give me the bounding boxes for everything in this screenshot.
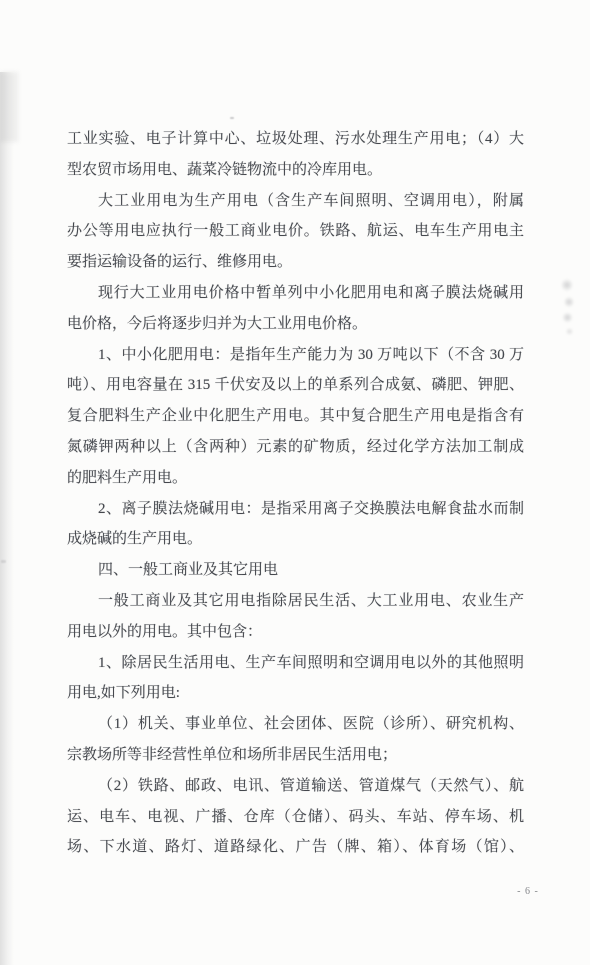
text-line: 用电,如下列用电:: [67, 678, 524, 709]
text-line: 现行大工业用电价格中暂单列中小化肥用电和离子膜法烧碱用: [67, 278, 524, 309]
text-line: 场、下水道、路灯、道路绿化、广告（牌、箱）、体育场（馆）、: [67, 832, 524, 863]
text-line: 宗教场所等非经营性单位和场所非居民生活用电；: [67, 740, 524, 771]
text-line: 要指运输设备的运行、维修用电。: [67, 247, 524, 278]
scanned-document-page: 工业实验、电子计算中心、垃圾处理、污水处理生产用电；（4）大型农贸市场用电、蔬菜…: [0, 0, 590, 965]
scan-edge-shadow-left: [0, 72, 14, 965]
scan-smudge: [562, 312, 573, 323]
scan-speck: [1, 560, 6, 563]
document-body: 工业实验、电子计算中心、垃圾处理、污水处理生产用电；（4）大型农贸市场用电、蔬菜…: [67, 124, 524, 863]
text-line: 大工业用电为生产用电（含生产车间照明、空调用电），附属: [67, 186, 524, 217]
text-line: （2）铁路、邮政、电讯、管道输送、管道煤气（天然气）、航: [67, 771, 524, 802]
text-line: 2、离子膜法烧碱用电：是指采用离子交换膜法电解食盐水而制: [67, 494, 524, 525]
text-line: （1）机关、事业单位、社会团体、医院（诊所）、研究机构、: [67, 709, 524, 740]
page-number: - 6 -: [498, 886, 558, 897]
text-line: 1、中小化肥用电：是指年生产能力为 30 万吨以下（不含 30 万: [67, 340, 524, 371]
text-line: 的肥料生产用电。: [67, 463, 524, 494]
text-line: 1、除居民生活用电、生产车间照明和空调用电以外的其他照明: [67, 648, 524, 679]
text-line: 四、一般工商业及其它用电: [67, 555, 524, 586]
text-line: 吨）、用电容量在 315 千伏安及以上的单系列合成氨、磷肥、钾肥、: [67, 370, 524, 401]
text-line: 型农贸市场用电、蔬菜冷链物流中的冷库用电。: [67, 155, 524, 186]
scan-speck: [230, 117, 234, 119]
text-line: 复合肥料生产企业中化肥生产用电。其中复合肥生产用电是指含有: [67, 401, 524, 432]
text-line: 氮磷钾两种以上（含两种）元素的矿物质，经过化学方法加工制成: [67, 432, 524, 463]
text-line: 运、电车、电视、广播、仓库（仓储）、码头、车站、停车场、机: [67, 802, 524, 833]
text-line: 电价格，今后将逐步归并为大工业用电价格。: [67, 309, 524, 340]
text-line: 用电以外的用电。其中包含：: [67, 617, 524, 648]
scan-smudge: [561, 278, 573, 292]
text-line: 一般工商业及其它用电指除居民生活、大工业用电、农业生产: [67, 586, 524, 617]
text-line: 办公等用电应执行一般工商业电价。铁路、航运、电车生产用电主: [67, 216, 524, 247]
text-line: 成烧碱的生产用电。: [67, 524, 524, 555]
scan-smudge: [565, 328, 574, 335]
text-line: 工业实验、电子计算中心、垃圾处理、污水处理生产用电；（4）大: [67, 124, 524, 155]
scan-smudge: [564, 296, 574, 308]
